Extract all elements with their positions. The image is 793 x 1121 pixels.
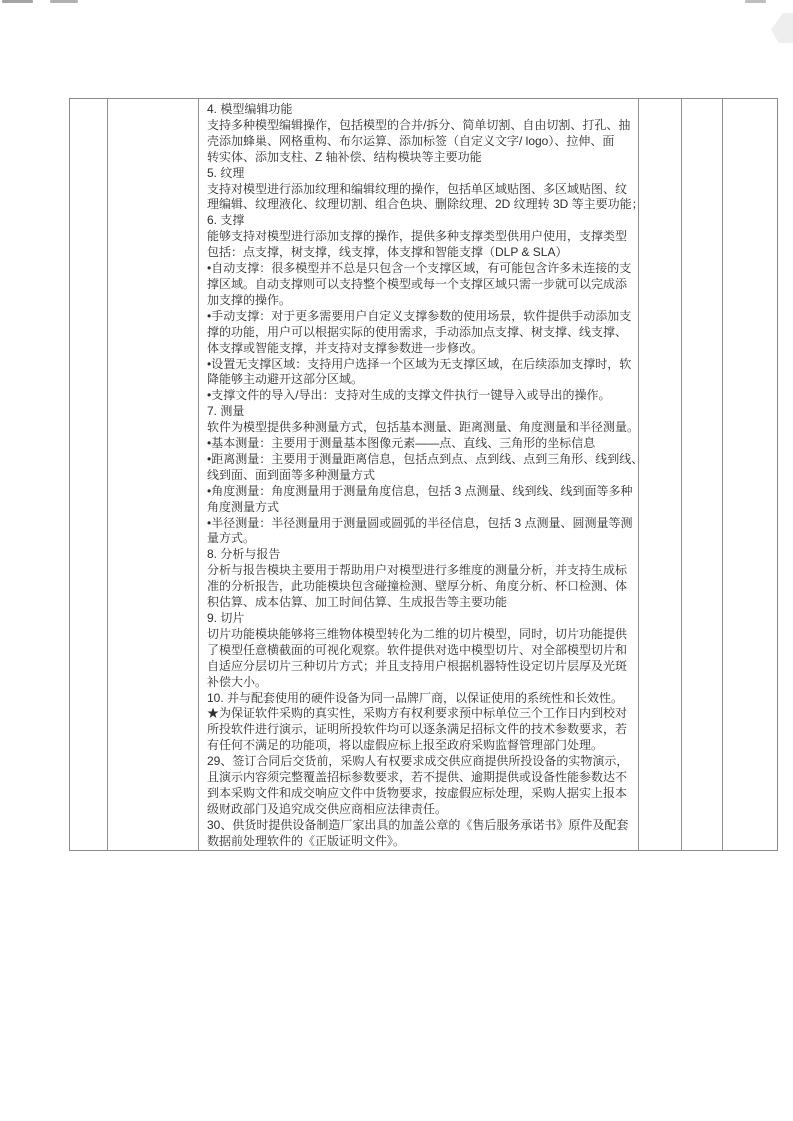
spec-text-line: 降能够主动避开这部分区域。 — [207, 372, 634, 388]
spec-text-line: 8. 分析与报告 — [207, 547, 634, 563]
spec-text-line: 级财政部门及追究成交供应商相应法律责任。 — [207, 802, 634, 818]
specification-table: 4. 模型编辑功能支持多种模型编辑操作，包括模型的合并/拆分、简单切割、自由切割… — [69, 98, 778, 851]
spec-text-line: 所投软件进行演示，证明所投软件均可以逐条满足招标文件的技术参数要求，若 — [207, 722, 634, 738]
spec-text-line: 体支撑或智能支撑，并支持对支撑参数进一步修改。 — [207, 341, 634, 357]
scanned-document-page: 4. 模型编辑功能支持多种模型编辑操作，包括模型的合并/拆分、简单切割、自由切割… — [0, 0, 793, 1121]
spec-text-line: 10. 并与配套使用的硬件设备为同一品牌厂商，以保证使用的系统性和长效性。 — [207, 691, 634, 707]
spec-text-line: 壳添加蜂巢、网格重构、布尔运算、添加标签（自定义文字/ logo）、拉伸、面 — [207, 134, 634, 150]
spec-text-line: 加支撑的操作。 — [207, 293, 634, 309]
spec-text-line: 29、签订合同后交货前，采购人有权要求成交供应商提供所投设备的实物演示， — [207, 754, 634, 770]
spec-text-line: 线到面、面到面等多种测量方式 — [207, 468, 634, 484]
spec-text-line: 撑区域。自动支撑则可以支持整个模型或每一个支撑区域只需一步就可以完成添 — [207, 277, 634, 293]
spec-text-line: 9. 切片 — [207, 611, 634, 627]
spec-text-line: 7. 测量 — [207, 404, 634, 420]
spec-text-line: 支持多种模型编辑操作，包括模型的合并/拆分、简单切割、自由切割、打孔、抽 — [207, 118, 634, 134]
scan-artifact-top-right — [745, 0, 766, 3]
spec-text-line: 软件为模型提供多种测量方式，包括基本测量、距离测量、角度测量和半径测量。 — [207, 420, 634, 436]
scan-artifact-top-left-2 — [50, 0, 78, 3]
spec-text-line: 自适应分层切片三种切片方式；并且支持用户根据机器特性设定切片层厚及光斑 — [207, 659, 634, 675]
spec-text-line: 补偿大小。 — [207, 675, 634, 691]
spec-text-line: 支持对模型进行添加纹理和编辑纹理的操作，包括单区域贴图、多区域贴图、纹 — [207, 182, 634, 198]
spec-text-line: 量方式。 — [207, 531, 634, 547]
table-cell-empty-1 — [70, 99, 108, 850]
spec-text-line: 且演示内容须完整覆盖招标参数要求，若不提供、逾期提供或设备性能参数达不 — [207, 770, 634, 786]
spec-text-line: 分析与报告模块主要用于帮助用户对模型进行多维度的测量分析，并支持生成标 — [207, 563, 634, 579]
spec-text-line: 5. 纹理 — [207, 166, 634, 182]
spec-text-line: 积估算、成本估算、加工时间估算、生成报告等主要功能 — [207, 595, 634, 611]
spec-text-line: •自动支撑：很多模型并不总是只包含一个支撑区域，有可能包含许多未连接的支 — [207, 261, 634, 277]
spec-text-line: 角度测量方式 — [207, 500, 634, 516]
spec-text-line: 有任何不满足的功能项，将以虚假应标上报至政府采购监督管理部门处理。 — [207, 738, 634, 754]
table-cell-empty-4 — [682, 99, 723, 850]
spec-text-line: •距离测量：主要用于测量距离信息，包括点到点、点到线、点到三角形、线到线、 — [207, 452, 634, 468]
spec-text-line: •支撑文件的导入/导出：支持对生成的支撑文件执行一键导入或导出的操作。 — [207, 388, 634, 404]
spec-text-line: •半径测量：半径测量用于测量圆或圆弧的半径信息，包括 3 点测量、圆测量等测 — [207, 516, 634, 532]
spec-text-line: 6. 支撑 — [207, 213, 634, 229]
table-cell-empty-3 — [639, 99, 682, 850]
spec-text-line: 撑的功能，用户可以根据实际的使用需求，手动添加点支撑、树支撑、线支撑、 — [207, 325, 634, 341]
spec-text-line: 到本采购文件和成交响应文件中货物要求，按虚假应标处理，采购人据实上报本 — [207, 786, 634, 802]
spec-text-line: 理编辑、纹理液化、纹理切割、组合色块、删除纹理、2D 纹理转 3D 等主要功能； — [207, 197, 634, 213]
spec-text-line: 数据前处理软件的《正版证明文件》。 — [207, 834, 634, 850]
spec-text-line: 包括：点支撑，树支撑，线支撑，体支撑和智能支撑（DLP & SLA） — [207, 245, 634, 261]
spec-text-line: •手动支撑：对于更多需要用户自定义支撑参数的使用场景，软件提供手动添加支 — [207, 309, 634, 325]
table-cell-empty-5 — [723, 99, 777, 850]
spec-text-line: •基本测量：主要用于测量基本图像元素——点、直线、三角形的坐标信息 — [207, 436, 634, 452]
spec-text-line: 4. 模型编辑功能 — [207, 102, 634, 118]
table-cell-empty-2 — [108, 99, 199, 850]
spec-text-line: 30、供货时提供设备制造厂家出具的加盖公章的《售后服务承诺书》原件及配套 — [207, 818, 634, 834]
spec-text-line: 准的分析报告，此功能模块包含碰撞检测、壁厚分析、角度分析、杯口检测、体 — [207, 579, 634, 595]
spec-text-line: 能够支持对模型进行添加支撑的操作，提供多种支撑类型供用户使用，支撑类型 — [207, 229, 634, 245]
spec-text-line: 了模型任意横截面的可视化观察。软件提供对选中模型切片、对全部模型切片和 — [207, 643, 634, 659]
spec-text-line: •设置无支撑区域：支持用户选择一个区域为无支撑区域，在后续添加支撑时，软 — [207, 357, 634, 373]
spec-text-line: 转实体、添加支柱、Z 轴补偿、结构模块等主要功能 — [207, 150, 634, 166]
spec-text-line: ★为保证软件采购的真实性，采购方有权利要求预中标单位三个工作日内到校对 — [207, 706, 634, 722]
scan-shadow-top-right-corner — [771, 13, 793, 43]
spec-text-line: 切片功能模块能够将三维物体模型转化为二维的切片模型，同时，切片功能提供 — [207, 627, 634, 643]
spec-text-line: •角度测量：角度测量用于测量角度信息，包括 3 点测量、线到线、线到面等多种 — [207, 484, 634, 500]
table-cell-specification-text: 4. 模型编辑功能支持多种模型编辑操作，包括模型的合并/拆分、简单切割、自由切割… — [199, 99, 639, 850]
scan-artifact-top-left-1 — [2, 0, 33, 3]
